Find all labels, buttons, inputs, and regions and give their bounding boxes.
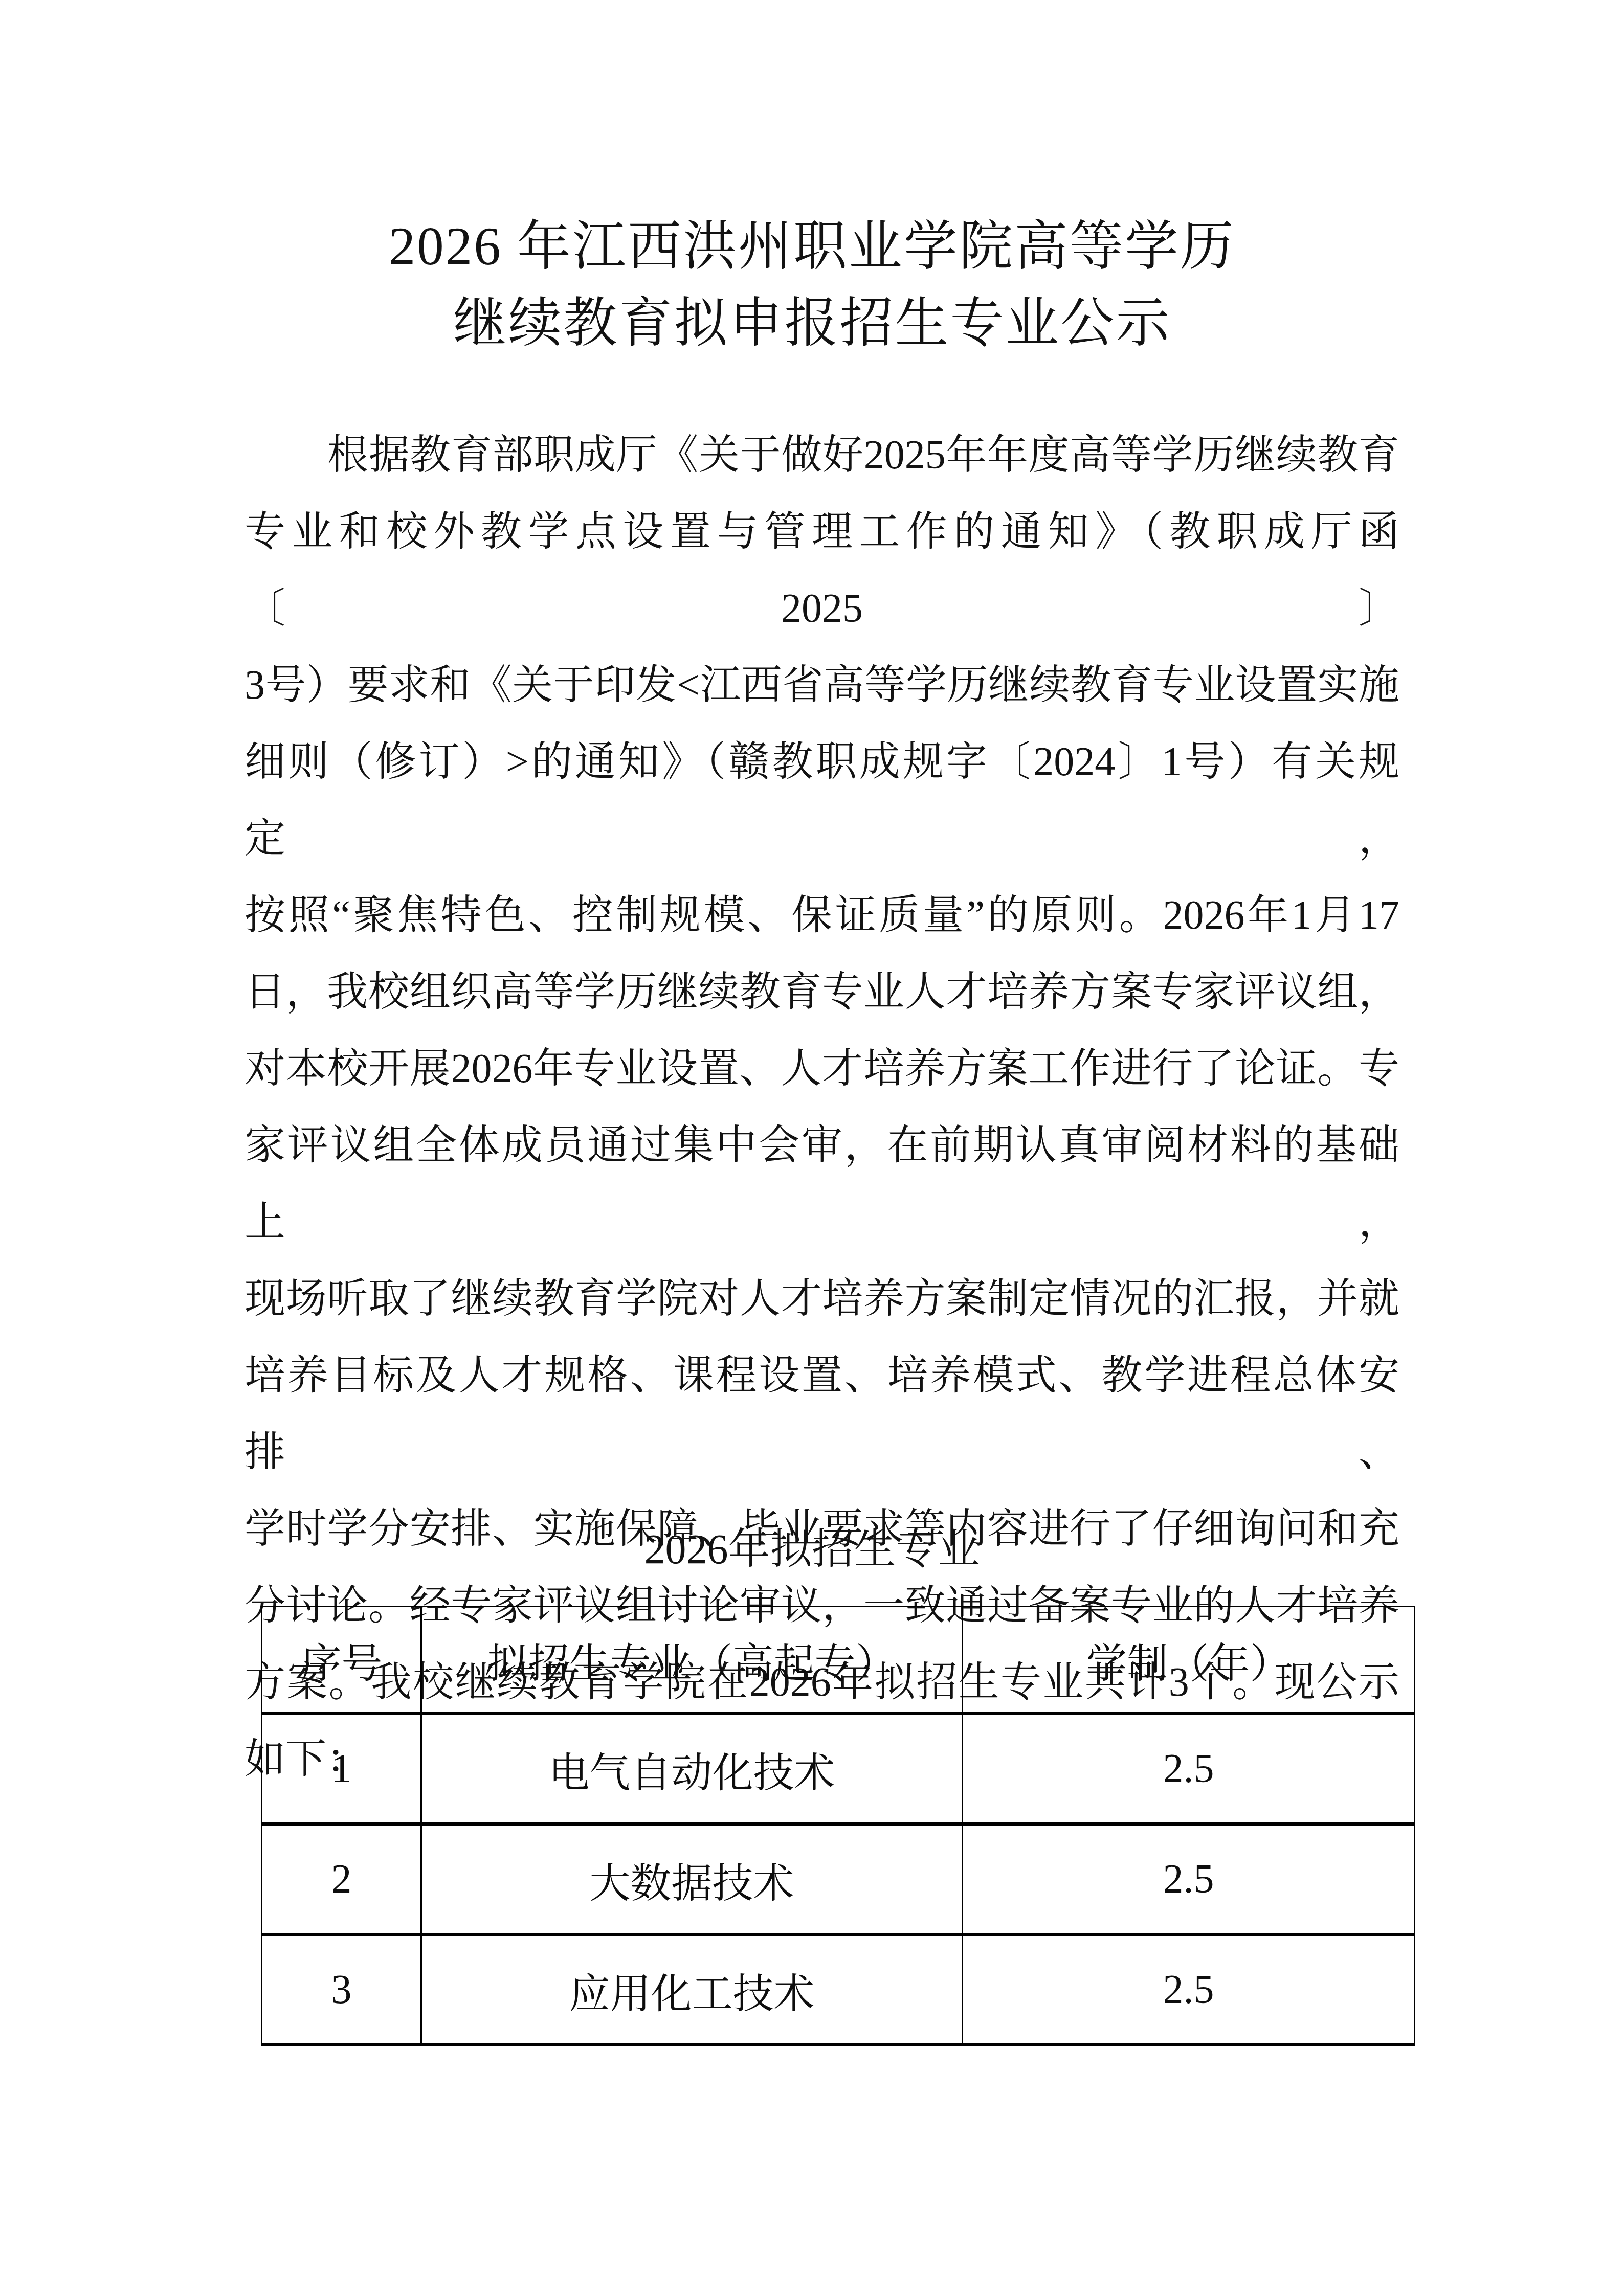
cell-years: 2.5 — [963, 1714, 1415, 1824]
table-row: 2 大数据技术 2.5 — [262, 1824, 1415, 1934]
body-line: 家评议组全体成员通过集中会审，在前期认真审阅材料的基础上， — [244, 1107, 1399, 1260]
header-cell-index: 序号 — [262, 1607, 421, 1714]
body-line: 专业和校外教学点设置与管理工作的通知》（教职成厅函 〔2025〕 — [244, 493, 1399, 647]
body-line: 根据教育部职成厅《关于做好2025年年度高等学历继续教育 — [244, 417, 1399, 493]
majors-table: 序号 拟招生专业（高起专） 学制（年） 1 电气自动化技术 2.5 2 大数据技… — [261, 1606, 1415, 2046]
cell-index: 3 — [262, 1934, 421, 2045]
title-line-2: 继续教育拟申报招生专业公示 — [0, 285, 1624, 362]
body-line: 现场听取了继续教育学院对人才培养方案制定情况的汇报，并就 — [244, 1260, 1399, 1337]
cell-years: 2.5 — [963, 1934, 1415, 2045]
header-cell-major: 拟招生专业（高起专） — [421, 1607, 963, 1714]
body-line: 3号）要求和《关于印发<江西省高等学历继续教育专业设置实施 — [244, 647, 1399, 724]
table-caption: 2026年拟招生专业 — [0, 1511, 1624, 1588]
cell-index: 1 — [262, 1714, 421, 1824]
title-line-1: 2026 年江西洪州职业学院高等学历 — [0, 208, 1624, 285]
header-cell-years: 学制（年） — [963, 1607, 1415, 1714]
document-body: 根据教育部职成厅《关于做好2025年年度高等学历继续教育 专业和校外教学点设置与… — [244, 417, 1399, 1797]
table-header-row: 序号 拟招生专业（高起专） 学制（年） — [262, 1607, 1415, 1714]
body-line: 按照“聚焦特色、控制规模、保证质量”的原则。2026年1月17 — [244, 877, 1399, 954]
body-line: 对本校开展2026年专业设置、人才培养方案工作进行了论证。专 — [244, 1030, 1399, 1107]
table-row: 3 应用化工技术 2.5 — [262, 1934, 1415, 2045]
cell-index: 2 — [262, 1824, 421, 1934]
document-page: 2026 年江西洪州职业学院高等学历 继续教育拟申报招生专业公示 根据教育部职成… — [0, 0, 1624, 2296]
body-line: 培养目标及人才规格、课程设置、培养模式、教学进程总体安排、 — [244, 1337, 1399, 1491]
table-row: 1 电气自动化技术 2.5 — [262, 1714, 1415, 1824]
cell-major: 电气自动化技术 — [421, 1714, 963, 1824]
cell-major: 大数据技术 — [421, 1824, 963, 1934]
body-line: 细则（修订）>的通知》（赣教职成规字〔2024〕1号）有关规定， — [244, 724, 1399, 877]
document-title: 2026 年江西洪州职业学院高等学历 继续教育拟申报招生专业公示 — [0, 208, 1624, 362]
cell-years: 2.5 — [963, 1824, 1415, 1934]
body-line: 日，我校组织高等学历继续教育专业人才培养方案专家评议组， — [244, 954, 1399, 1030]
cell-major: 应用化工技术 — [421, 1934, 963, 2045]
